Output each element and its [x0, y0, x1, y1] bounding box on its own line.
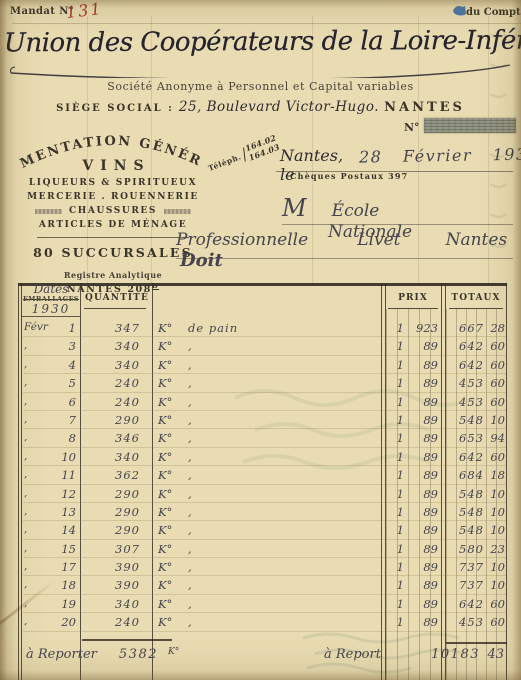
row-description: ,: [188, 376, 328, 390]
row-day: 17: [56, 560, 76, 574]
row-unit: K°: [158, 450, 184, 464]
row-total-francs: 548: [448, 523, 484, 537]
row-unit: K°: [158, 431, 184, 445]
row-total-centimes: 18: [487, 468, 505, 482]
report-total-centimes: 43: [484, 647, 504, 662]
row-total-centimes: 60: [487, 395, 505, 409]
row-day: 13: [56, 505, 76, 519]
title-flourish: [8, 62, 513, 78]
row-price-francs: 1: [386, 339, 404, 353]
date-line: Nantes, le 28 Février 1930: [276, 146, 513, 172]
left-block-divider: [37, 237, 189, 238]
row-price-francs: 1: [386, 523, 404, 537]
row-quantity: 347: [82, 321, 140, 335]
row-quantity: 346: [82, 431, 140, 445]
row-quantity: 240: [82, 376, 140, 390]
row-description: ,: [188, 560, 328, 574]
row-price-francs: 1: [386, 376, 404, 390]
reporter-label: à Reporter: [26, 647, 97, 662]
row-description: ,: [188, 487, 328, 501]
row-month: ,: [24, 505, 58, 517]
row-day: 20: [56, 615, 76, 629]
row-day: 18: [56, 578, 76, 592]
row-price-centimes: 89: [408, 431, 438, 445]
row-price-francs: 1: [386, 450, 404, 464]
cheques-postaux-label: Chèques Postaux 397: [290, 171, 408, 181]
totaux-underline: [449, 308, 503, 309]
du-compte-label: du Compte: [466, 7, 521, 18]
row-description: ,: [188, 431, 328, 445]
row-day: 10: [56, 450, 76, 464]
invoice-document: Mandat N° 131 du Compte Union des Coopér…: [0, 0, 521, 680]
row-price-centimes: 89: [408, 560, 438, 574]
row-unit: K°: [158, 376, 184, 390]
row-total-centimes: 60: [487, 358, 505, 372]
row-unit: K°: [158, 321, 184, 335]
row-total-centimes: 23: [487, 542, 505, 556]
chaussures-label: CHAUSSURES: [69, 206, 157, 216]
top-rule: [12, 23, 521, 24]
row-description: ,: [188, 597, 328, 611]
row-total-centimes: 28: [487, 321, 505, 335]
struck-printed-label: EMBALLAGES: [22, 295, 80, 303]
row-quantity: 290: [82, 523, 140, 537]
row-total-centimes: 60: [487, 450, 505, 464]
row-total-francs: 737: [448, 578, 484, 592]
row-price-centimes: 89: [408, 578, 438, 592]
row-price-centimes: 89: [408, 505, 438, 519]
row-total-francs: 642: [448, 597, 484, 611]
row-price-centimes: 89: [408, 615, 438, 629]
row-total-francs: 548: [448, 487, 484, 501]
addressee-word: École: [332, 201, 380, 221]
row-unit: K°: [158, 358, 184, 372]
quantite-underline: [84, 308, 146, 309]
row-price-centimes: 89: [408, 450, 438, 464]
row-unit: K°: [158, 339, 184, 353]
row-price-francs: 1: [386, 578, 404, 592]
row-price-centimes: 89: [408, 487, 438, 501]
row-unit: K°: [158, 487, 184, 501]
table-row: , 10 340 K° , 1 89 642 60: [18, 449, 508, 467]
numero-redaction-box: [424, 118, 516, 133]
row-total-francs: 642: [448, 358, 484, 372]
row-quantity: 307: [82, 542, 140, 556]
row-month: ,: [24, 376, 58, 388]
row-unit: K°: [158, 615, 184, 629]
row-price-francs: 1: [386, 395, 404, 409]
row-total-francs: 548: [448, 413, 484, 427]
table-row: Févr 1 347 K° de pain 1 923 667 28: [18, 320, 508, 338]
row-quantity: 390: [82, 560, 140, 574]
total-sum-line: [446, 642, 507, 644]
report-label: à Report: [324, 647, 381, 662]
row-day: 7: [56, 413, 76, 427]
mandat-number: 131: [65, 0, 104, 22]
company-title: Union des Coopérateurs de la Loire-Infér…: [4, 26, 517, 59]
handwritten-date: 28 Février 1930: [359, 144, 521, 166]
row-total-francs: 642: [448, 450, 484, 464]
row-price-francs: 1: [386, 615, 404, 629]
row-price-francs: 1: [386, 431, 404, 445]
row-total-francs: 453: [448, 615, 484, 629]
row-price-francs: 1: [386, 413, 404, 427]
row-month: ,: [24, 487, 58, 499]
reporter-unit: K°: [168, 647, 179, 657]
table-row: , 14 290 K° , 1 89 548 10: [18, 522, 508, 540]
registre-analytique-label: Registre Analytique: [15, 270, 211, 280]
row-price-centimes: 89: [408, 358, 438, 372]
row-price-centimes: 89: [408, 542, 438, 556]
registre-sup: B: [152, 282, 159, 290]
addressee-line-2: Professionnelle Livet Nantes Doit: [176, 230, 513, 259]
row-description: ,: [188, 413, 328, 427]
row-price-centimes: 89: [408, 468, 438, 482]
totaux-header: TOTAUX: [445, 293, 507, 303]
row-month: ,: [24, 468, 58, 480]
company-subtitle: Société Anonyme à Personnel et Capital v…: [0, 80, 521, 93]
table-row: , 11 362 K° , 1 89 684 18: [18, 467, 508, 485]
row-unit: K°: [158, 542, 184, 556]
row-description: ,: [188, 578, 328, 592]
table-row: , 15 307 K° , 1 89 580 23: [18, 541, 508, 559]
table-row: , 13 290 K° , 1 89 548 10: [18, 504, 508, 522]
table-row: , 8 346 K° , 1 89 653 94: [18, 430, 508, 448]
telephone-block: Téléph. 164.02 164.03: [205, 132, 281, 177]
table-row: , 12 290 K° , 1 89 548 10: [18, 486, 508, 504]
row-description: ,: [188, 468, 328, 482]
telephone-label: Téléph.: [207, 152, 243, 173]
row-month: ,: [24, 523, 58, 535]
row-day: 3: [56, 339, 76, 353]
row-unit: K°: [158, 578, 184, 592]
row-price-centimes: 89: [408, 395, 438, 409]
row-day: 1: [56, 321, 76, 335]
row-total-francs: 580: [448, 542, 484, 556]
row-total-francs: 737: [448, 560, 484, 574]
liqueurs-label: LIQUEURS & SPIRITUEUX: [15, 178, 211, 188]
row-description: ,: [188, 615, 328, 629]
row-price-centimes: 923: [408, 321, 438, 335]
row-quantity: 240: [82, 615, 140, 629]
row-price-francs: 1: [386, 487, 404, 501]
addressee-salutation: M: [282, 194, 309, 222]
row-description: ,: [188, 358, 328, 372]
row-month: ,: [24, 560, 58, 572]
decorative-bar-right: [164, 209, 191, 214]
row-description: ,: [188, 523, 328, 537]
row-quantity: 340: [82, 339, 140, 353]
row-total-francs: 642: [448, 339, 484, 353]
row-quantity: 340: [82, 450, 140, 464]
row-price-centimes: 89: [408, 376, 438, 390]
row-unit: K°: [158, 413, 184, 427]
row-price-centimes: 89: [408, 597, 438, 611]
row-description: ,: [188, 395, 328, 409]
row-description: ,: [188, 542, 328, 556]
row-unit: K°: [158, 597, 184, 611]
row-description: ,: [188, 339, 328, 353]
prix-underline: [388, 308, 438, 309]
row-description: ,: [188, 505, 328, 519]
row-quantity: 290: [82, 487, 140, 501]
prix-header: PRIX: [385, 293, 441, 303]
row-month: ,: [24, 339, 58, 351]
row-unit: K°: [158, 468, 184, 482]
row-quantity: 340: [82, 597, 140, 611]
row-total-centimes: 60: [487, 615, 505, 629]
row-unit: K°: [158, 560, 184, 574]
addressee-word: Livet: [357, 230, 400, 250]
table-row: , 18 390 K° , 1 89 737 10: [18, 577, 508, 595]
table-rows: Févr 1 347 K° de pain 1 923 667 28 , 3 3…: [18, 320, 508, 633]
numero-label: N°: [404, 121, 420, 134]
row-total-francs: 453: [448, 395, 484, 409]
row-unit: K°: [158, 523, 184, 537]
table-row: , 4 340 K° , 1 89 642 60: [18, 357, 508, 375]
registre-number: NANTES 208: [67, 284, 152, 295]
row-unit: K°: [158, 395, 184, 409]
siege-label: Siège Social :: [56, 103, 174, 114]
addressee-line-1: M École Nationale: [282, 194, 513, 225]
addressee-word: Professionnelle: [176, 230, 308, 250]
siege-social-line: Siège Social : 25, Boulevard Victor-Hugo…: [0, 96, 521, 115]
siege-city: Nantes: [384, 100, 465, 115]
row-description: ,: [188, 450, 328, 464]
table-row: , 7 290 K° , 1 89 548 10: [18, 412, 508, 430]
row-total-francs: 548: [448, 505, 484, 519]
row-month: ,: [24, 450, 58, 462]
row-month: Févr: [24, 321, 58, 333]
row-quantity: 390: [82, 578, 140, 592]
table-row: , 5 240 K° , 1 89 453 60: [18, 375, 508, 393]
row-total-centimes: 10: [487, 578, 505, 592]
row-total-centimes: 10: [487, 487, 505, 501]
row-day: 6: [56, 395, 76, 409]
row-total-centimes: 94: [487, 431, 505, 445]
row-day: 15: [56, 542, 76, 556]
row-day: 5: [56, 376, 76, 390]
row-price-centimes: 89: [408, 339, 438, 353]
row-quantity: 290: [82, 505, 140, 519]
row-day: 8: [56, 431, 76, 445]
quantity-sum-line: [82, 639, 172, 641]
decorative-bar-left: [35, 209, 62, 214]
row-month: ,: [24, 431, 58, 443]
report-total-francs: 10183: [424, 647, 480, 662]
row-month: ,: [24, 542, 58, 554]
row-month: ,: [24, 358, 58, 370]
chaussures-line: CHAUSSURES: [15, 206, 211, 216]
row-total-francs: 653: [448, 431, 484, 445]
report-row: à Reporter 5382 K° à Report 10183 43: [18, 645, 508, 671]
row-day: 12: [56, 487, 76, 501]
row-price-centimes: 89: [408, 523, 438, 537]
row-total-centimes: 10: [487, 505, 505, 519]
row-quantity: 340: [82, 358, 140, 372]
addressee-word: Nantes: [446, 230, 508, 250]
row-month: ,: [24, 578, 58, 590]
row-total-centimes: 10: [487, 413, 505, 427]
row-day: 19: [56, 597, 76, 611]
row-month: ,: [24, 395, 58, 407]
mercerie-label: MERCERIE . ROUENNERIE: [15, 192, 211, 202]
row-total-francs: 667: [448, 321, 484, 335]
siege-address: 25, Boulevard Victor-Hugo.: [179, 99, 379, 115]
registre-number-label: NANTES 208B: [15, 282, 211, 295]
row-total-centimes: 60: [487, 376, 505, 390]
row-quantity: 240: [82, 395, 140, 409]
row-quantity: 290: [82, 413, 140, 427]
row-price-francs: 1: [386, 468, 404, 482]
row-total-centimes: 60: [487, 339, 505, 353]
invoice-table: Dates EMBALLAGES 1930 QUANTITÉ PRIX TOTA…: [18, 283, 508, 680]
row-unit: K°: [158, 505, 184, 519]
row-total-centimes: 10: [487, 560, 505, 574]
row-total-francs: 684: [448, 468, 484, 482]
row-price-francs: 1: [386, 560, 404, 574]
table-row: , 20 240 K° , 1 89 453 60: [18, 614, 508, 632]
row-month: ,: [24, 413, 58, 425]
row-day: 4: [56, 358, 76, 372]
row-price-centimes: 89: [408, 413, 438, 427]
row-total-centimes: 60: [487, 597, 505, 611]
table-row: , 3 340 K° , 1 89 642 60: [18, 338, 508, 356]
reporter-quantity: 5382: [96, 647, 158, 662]
year-handwritten-label: 1930: [22, 303, 80, 315]
articles-menage-label: ARTICLES DE MÉNAGE: [15, 220, 211, 230]
row-description: de pain: [188, 321, 328, 335]
row-total-francs: 453: [448, 376, 484, 390]
row-day: 14: [56, 523, 76, 537]
row-total-centimes: 10: [487, 523, 505, 537]
row-price-francs: 1: [386, 321, 404, 335]
table-row: , 17 390 K° , 1 89 737 10: [18, 559, 508, 577]
row-price-francs: 1: [386, 358, 404, 372]
doit-label: Doit: [180, 250, 223, 271]
table-row: , 6 240 K° , 1 89 453 60: [18, 394, 508, 412]
row-price-francs: 1: [386, 505, 404, 519]
row-quantity: 362: [82, 468, 140, 482]
row-price-francs: 1: [386, 597, 404, 611]
row-day: 11: [56, 468, 76, 482]
row-price-francs: 1: [386, 542, 404, 556]
table-row: , 19 340 K° , 1 89 642 60: [18, 596, 508, 614]
row-month: ,: [24, 597, 58, 609]
row-month: ,: [24, 615, 58, 627]
